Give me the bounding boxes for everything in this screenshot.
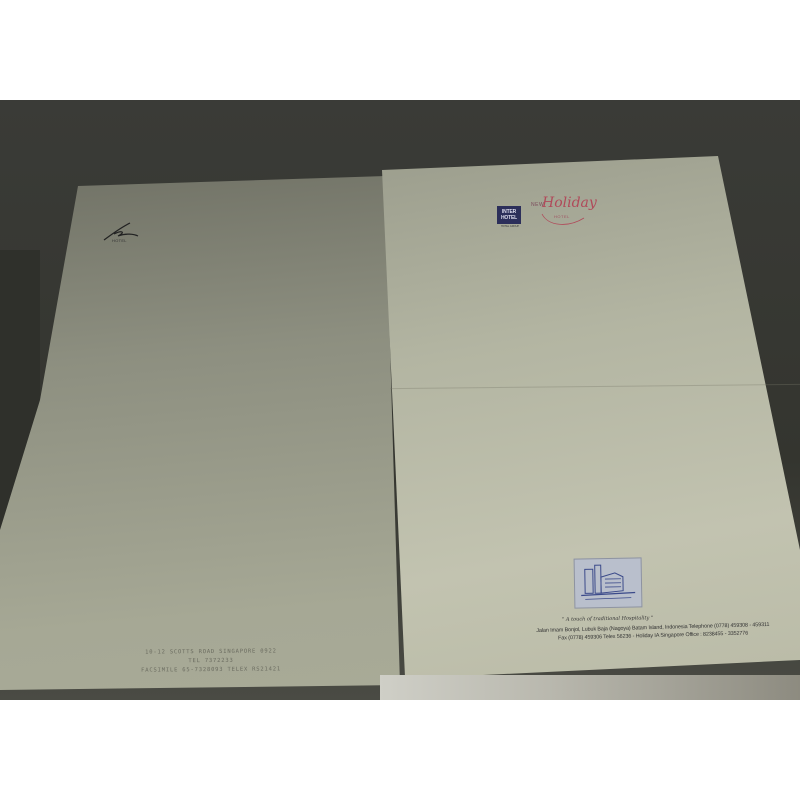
left-address-block: 10-12 SCOTTS ROAD SINGAPORE 0922 TEL 737… [136,647,286,675]
ihc-logo-subtitle: HOTEL GROUP [496,225,524,228]
fax-line: FACSIMILE 65-7328093 TELEX RS21421 [136,665,286,675]
holiday-suffix: HOTEL [554,214,570,219]
hotel-logos: INTER HOTEL HOTEL GROUP NEW Holiday HOTE… [494,192,594,228]
hotel-building-illustration-icon [574,557,643,608]
signature-caption: HOTEL [112,238,127,243]
ihc-logo-icon: INTER HOTEL [497,206,521,224]
plastic-sleeve-edge [380,675,800,700]
photo-scene: HOTEL 10-12 SCOTTS ROAD SINGAPORE 0922 T… [0,100,800,700]
ihc-logo-line: HOTEL [501,215,517,221]
